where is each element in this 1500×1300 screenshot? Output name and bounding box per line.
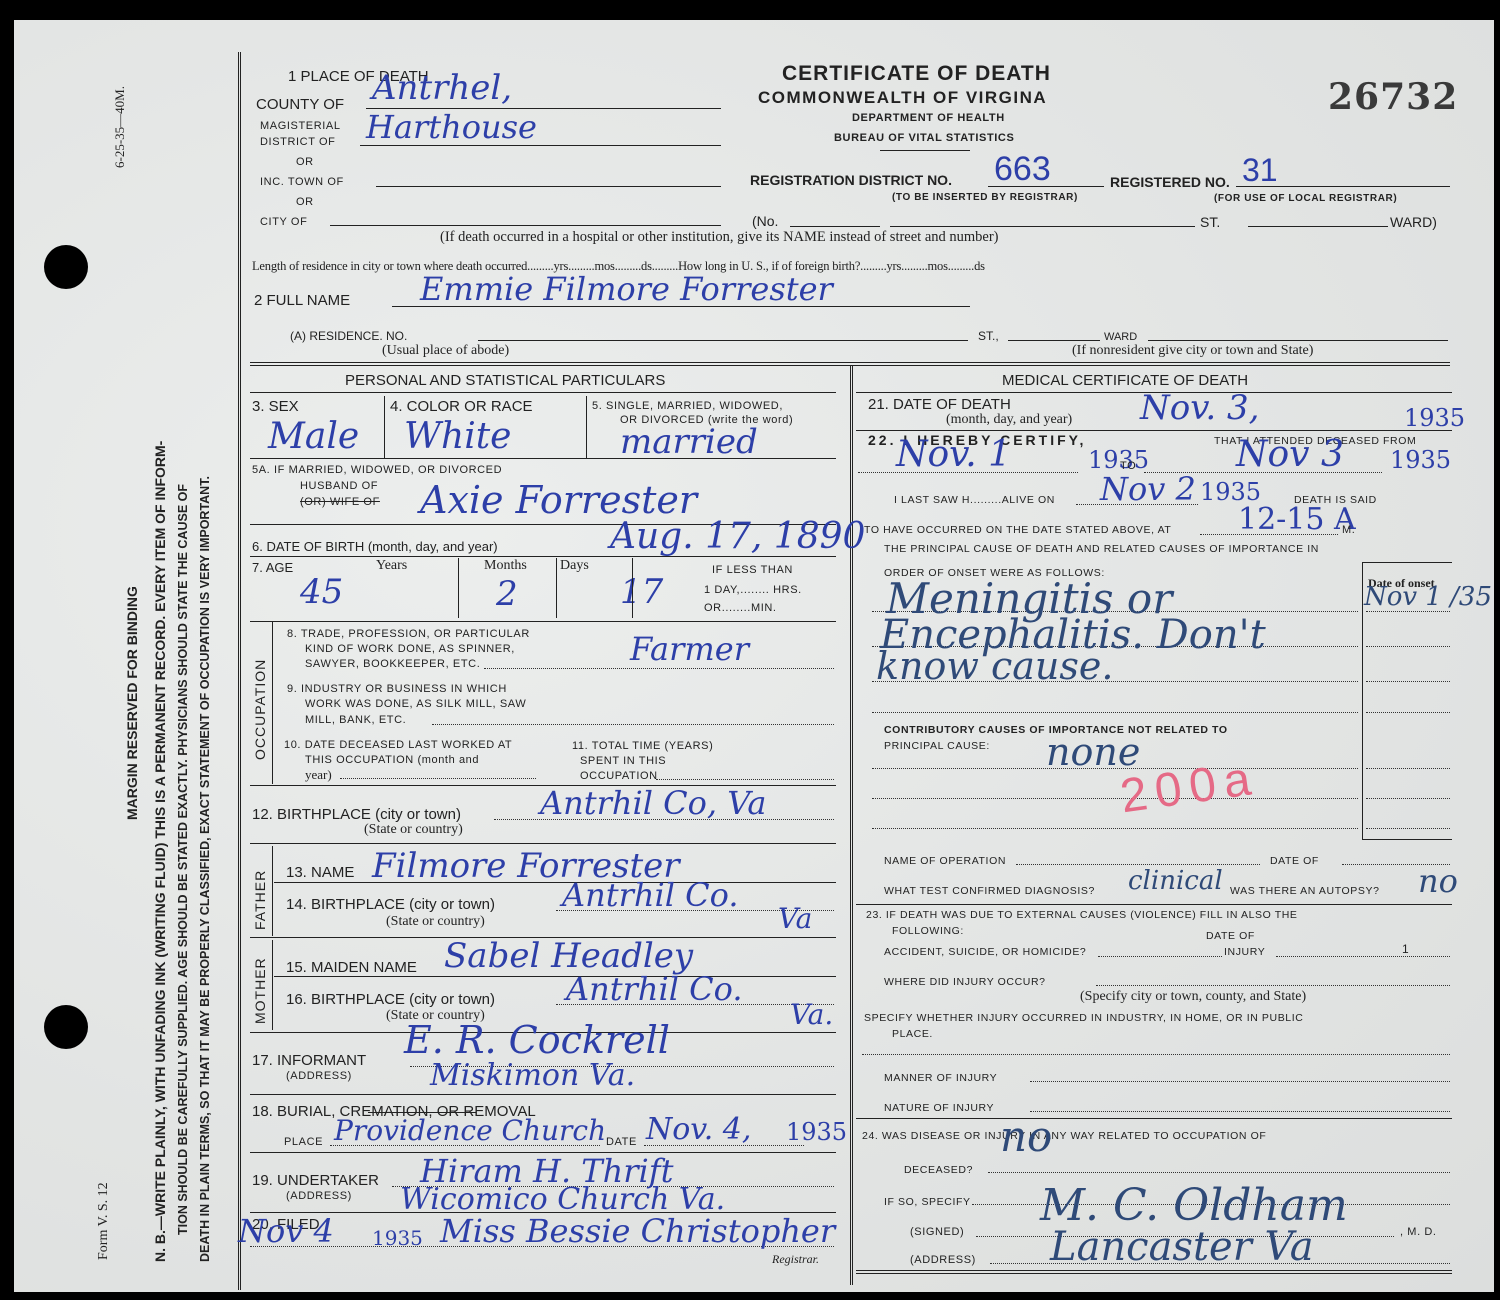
county-value: Antrhel, [372, 68, 512, 108]
years-label: Years [376, 558, 407, 574]
commonwealth-title: COMMONWEALTH OF VIRGINA [758, 88, 1047, 108]
onset-line-6 [1366, 798, 1450, 799]
section-divider [272, 622, 273, 784]
father-birthplace-state: Va [778, 902, 812, 935]
undertaker-label: 19. UNDERTAKER [252, 1172, 379, 1189]
city-label: CITY OF [260, 216, 307, 228]
dod-sub: (month, day, and year) [946, 412, 1072, 428]
where-injury-sub: (Specify city or town, county, and State… [1080, 989, 1306, 1005]
dob-value: Aug. 17, 1890 [610, 516, 865, 557]
registered-label: REGISTERED NO. [1110, 174, 1230, 190]
burial-date-label: DATE [606, 1136, 637, 1148]
md-label: , M. D. [1400, 1226, 1437, 1238]
rule [250, 843, 836, 844]
race-label: 4. COLOR OR RACE [390, 398, 533, 415]
hospital-note: (If death occurred in a hospital or othe… [440, 229, 999, 246]
attended-to-year: 1935 [1390, 446, 1451, 474]
injury-date-line [1276, 956, 1450, 957]
last-saw-value: Nov 2 [1100, 470, 1196, 508]
rule [250, 621, 836, 622]
town-label: INC. TOWN OF [260, 176, 344, 188]
father-section-label: FATHER [252, 870, 268, 930]
registrar-signature: Miss Bessie Christopher [440, 1212, 835, 1250]
rule [250, 458, 836, 459]
months-label: Months [484, 558, 527, 574]
onset-line-4 [1366, 712, 1450, 713]
informant-value: E. R. Cockrell [404, 1018, 670, 1062]
burial-date-value: Nov. 4, [646, 1112, 751, 1147]
ward-label: WARD) [1390, 214, 1437, 230]
rule [250, 392, 836, 393]
contributory-line-3 [872, 828, 1358, 829]
cause-of-death-3: know cause. [876, 644, 1113, 688]
cell-divider [458, 558, 459, 618]
rule [274, 882, 836, 883]
cell-divider [586, 396, 587, 458]
trade-label: 8. TRADE, PROFESSION, OR PARTICULAR [287, 628, 530, 640]
lastwork-line [340, 778, 536, 779]
sex-label: 3. SEX [252, 398, 299, 415]
mother-birthplace-label: 16. BIRTHPLACE (city or town) [286, 991, 495, 1008]
residence-ward-line [1148, 340, 1448, 341]
certificate-title: CERTIFICATE OF DEATH [782, 62, 1051, 86]
abode-note: (Usual place of abode) [382, 343, 509, 359]
spouse-label-3: (OR) WIFE OF [300, 496, 380, 508]
dob-label: 6. DATE OF BIRTH (month, day, and year) [252, 539, 498, 554]
rule [856, 904, 1452, 905]
onset-line-5 [1366, 768, 1450, 769]
street-line [890, 226, 1195, 227]
occupation-related-label-2: DECEASED? [904, 1164, 973, 1176]
operation-date-label: DATE OF [1270, 855, 1319, 867]
lastwork-label-2: THIS OCCUPATION (month and [305, 754, 479, 766]
binding-hole [44, 245, 88, 289]
specify-injury-label: SPECIFY WHETHER INJURY OCCURRED IN INDUS… [864, 1012, 1303, 1024]
days-value: 17 [620, 572, 663, 612]
cause-line-4 [872, 712, 1358, 713]
autopsy-label: WAS THERE AN AUTOPSY? [1230, 885, 1380, 897]
form-left-border [238, 52, 241, 1290]
margin-note-2: TION SHOULD BE CAREFULLY SUPPLIED. AGE S… [176, 484, 190, 1235]
min-label: OR........MIN. [704, 602, 777, 614]
onset-line-2 [1366, 646, 1450, 647]
residence-st-line [1008, 340, 1100, 341]
total-time-label-3: OCCUPATION [580, 770, 658, 782]
margin-note-1: N. B.—WRITE PLAINLY, WITH UNFADING INK (… [152, 441, 168, 1262]
ward-line [1248, 226, 1388, 227]
months-value: 2 [496, 574, 518, 614]
cause-label: THE PRINCIPAL CAUSE OF DEATH AND RELATED… [884, 543, 1319, 555]
informant-address-label: (ADDRESS) [286, 1070, 352, 1082]
attended-from-value: Nov. 1 [896, 434, 1011, 475]
marital-label: 5. SINGLE, MARRIED, WIDOWED, [592, 400, 783, 412]
cell-divider [556, 558, 557, 618]
manner-line [1030, 1081, 1450, 1082]
county-label: COUNTY OF [256, 96, 344, 113]
where-injury-line [1096, 985, 1450, 986]
industry-label-3: MILL, BANK, ETC. [305, 714, 406, 726]
occupation-related-line [988, 1172, 1450, 1173]
form-code: 6-25-35—40M. [112, 86, 128, 168]
total-time-label: 11. TOTAL TIME (YEARS) [572, 740, 713, 752]
cremation-strikethrough [368, 1112, 476, 1113]
less-than-label: IF LESS THAN [712, 564, 793, 576]
residence-label: (A) RESIDENCE. NO. [290, 329, 407, 343]
onset-line-7 [1366, 828, 1450, 829]
test-value: clinical [1128, 866, 1223, 896]
reg-district-note: (TO BE INSERTED BY REGISTRAR) [892, 192, 1078, 203]
city-line [330, 225, 721, 226]
residence-st-label: ST., [978, 329, 999, 343]
medical-section-title: MEDICAL CERTIFICATE OF DEATH [1002, 372, 1248, 389]
father-birthplace-sub: (State or country) [386, 914, 485, 930]
mother-section-label: MOTHER [252, 957, 268, 1024]
trade-line [484, 668, 834, 669]
accident-label: ACCIDENT, SUICIDE, OR HOMICIDE? [884, 946, 1086, 958]
residence-ward-label: WARD [1104, 331, 1137, 343]
time-of-death-value: 12-15 A [1238, 502, 1356, 537]
total-time-line [656, 779, 834, 780]
or-label: OR [296, 156, 314, 168]
physician-address-label: (ADDRESS) [910, 1254, 976, 1266]
occurred-at-label: TO HAVE OCCURRED ON THE DATE STATED ABOV… [864, 524, 1171, 536]
dod-value: Nov. 3, [1140, 388, 1259, 428]
occupation-related-value: no [1000, 1112, 1052, 1161]
operation-line [1016, 864, 1260, 865]
personal-section-title: PERSONAL AND STATISTICAL PARTICULARS [345, 372, 665, 389]
burial-year-value: 1935 [786, 1118, 847, 1146]
meridiem-label: M. [1342, 524, 1355, 536]
certificate-page [14, 20, 1494, 1292]
certificate-number: 26732 [1328, 76, 1458, 118]
marital-value: married [620, 422, 758, 462]
lastwork-label: 10. DATE DECEASED LAST WORKED AT [284, 739, 512, 751]
spouse-label: 5A. IF MARRIED, WIDOWED, OR DIVORCED [252, 464, 502, 476]
registered-value: 31 [1242, 152, 1278, 189]
contributory-label-2: PRINCIPAL CAUSE: [884, 740, 990, 752]
binding-hole [44, 1005, 88, 1049]
trade-label-3: SAWYER, BOOKKEEPER, ETC. [305, 658, 480, 670]
section-divider [272, 846, 273, 936]
external-causes-label: 23. IF DEATH WAS DUE TO EXTERNAL CAUSES … [866, 909, 1298, 921]
cell-divider [384, 396, 385, 458]
sex-value: Male [268, 416, 359, 457]
onset-line-3 [1366, 681, 1450, 682]
occupation-section-label: OCCUPATION [252, 659, 268, 760]
test-label: WHAT TEST CONFIRMED DIAGNOSIS? [884, 885, 1095, 897]
rule [856, 1118, 1452, 1119]
trade-label-2: KIND OF WORK DONE, AS SPINNER, [305, 643, 515, 655]
specify-injury-label-2: PLACE. [892, 1028, 933, 1040]
trade-value: Farmer [630, 630, 749, 668]
informant-address-value: Miskimon Va. [430, 1058, 635, 1093]
where-injury-label: WHERE DID INJURY OCCUR? [884, 976, 1046, 988]
registered-note: (FOR USE OF LOCAL REGISTRAR) [1214, 193, 1397, 204]
burial-place-label: PLACE [284, 1136, 323, 1148]
birthplace-value: Antrhil Co, Va [540, 784, 766, 822]
injury-date-label: DATE OF [1206, 930, 1255, 942]
years-value: 45 [300, 572, 343, 612]
father-birthplace-value: Antrhil Co. [562, 876, 738, 914]
onset-line-1 [1366, 611, 1450, 612]
full-name-value: Emmie Filmore Forrester [420, 270, 833, 308]
contributory-line-2 [872, 798, 1358, 799]
rule [856, 430, 1452, 431]
industry-label: 9. INDUSTRY OR BUSINESS IN WHICH [287, 683, 507, 695]
column-divider [850, 365, 853, 1285]
district-label-2: DISTRICT OF [260, 136, 335, 148]
mother-name-label: 15. MAIDEN NAME [286, 959, 417, 976]
specify-injury-line [862, 1054, 1450, 1055]
full-name-label: 2 FULL NAME [254, 292, 350, 309]
registrar-label: Registrar. [772, 1252, 819, 1267]
spouse-label-2: HUSBAND OF [300, 480, 378, 492]
department-label: DEPARTMENT OF HEALTH [852, 112, 1005, 124]
birthplace-sub: (State or country) [364, 822, 463, 838]
rule [250, 556, 836, 557]
injury-date-mark: 1 [1402, 942, 1409, 956]
birthplace-label: 12. BIRTHPLACE (city or town) [252, 806, 461, 823]
attended-to-value: Nov 3 [1236, 434, 1344, 475]
accident-line [1098, 956, 1222, 957]
rule [250, 1094, 836, 1095]
physician-address-value: Lancaster Va [1050, 1224, 1314, 1270]
street-no-label: (No. [752, 213, 778, 229]
filed-date-value: Nov 4 [238, 1212, 334, 1250]
town-line [376, 186, 721, 187]
mother-birthplace-state: Va. [790, 998, 833, 1031]
total-time-label-2: SPENT IN THIS [580, 755, 666, 767]
section-divider [272, 940, 273, 1030]
manner-label: MANNER OF INJURY [884, 1072, 997, 1084]
bottom-rule [856, 1270, 1452, 1274]
signed-label: (SIGNED) [910, 1226, 964, 1238]
cell-divider [632, 558, 633, 618]
dod-year-value: 1935 [1404, 404, 1465, 432]
days-label: Days [560, 558, 589, 574]
street-label: ST. [1200, 214, 1220, 230]
nonresident-note: (If nonresident give city or town and St… [1072, 343, 1313, 359]
rule [274, 976, 836, 977]
filed-year-value: 1935 [372, 1226, 423, 1250]
operation-label: NAME OF OPERATION [884, 855, 1006, 867]
date-of-onset-value: Nov 1 /35 [1364, 582, 1492, 612]
reg-district-value: 663 [994, 150, 1051, 189]
or-label-2: OR [296, 196, 314, 208]
district-label: MAGISTERIAL [260, 120, 341, 132]
last-saw-label: I LAST SAW H.........ALIVE ON [894, 494, 1055, 506]
father-birthplace-label: 14. BIRTHPLACE (city or town) [286, 896, 495, 913]
external-causes-label-2: FOLLOWING: [892, 925, 964, 937]
occupation-related-label: 24. WAS DISEASE OR INJURY IN ANY WAY REL… [862, 1130, 1266, 1142]
injury-label: INJURY [1224, 946, 1265, 958]
lastwork-label-3: year) [305, 767, 332, 783]
hrs-label: 1 DAY,........ HRS. [704, 584, 802, 596]
reg-district-label: REGISTRATION DISTRICT NO. [750, 172, 952, 188]
district-value: Harthouse [366, 108, 537, 146]
race-value: White [404, 416, 511, 457]
father-name-label: 13. NAME [286, 864, 354, 881]
nature-label: NATURE OF INJURY [884, 1102, 994, 1114]
industry-line [432, 724, 834, 725]
binding-note: MARGIN RESERVED FOR BINDING [124, 586, 140, 820]
mother-birthplace-value: Antrhil Co. [566, 970, 742, 1008]
dod-label: 21. DATE OF DEATH [868, 396, 1011, 413]
header-rule [880, 150, 970, 151]
industry-label-2: WORK WAS DONE, AS SILK MILL, SAW [305, 698, 526, 710]
informant-label: 17. INFORMANT [252, 1052, 366, 1069]
bureau-label: BUREAU OF VITAL STATISTICS [834, 132, 1014, 144]
autopsy-value: no [1418, 862, 1458, 900]
if-so-label: IF SO, SPECIFY [884, 1196, 971, 1208]
residence-line [478, 340, 968, 341]
street-no-line [790, 226, 880, 227]
nature-line [1030, 1111, 1450, 1112]
contributory-value: none [1046, 730, 1140, 774]
margin-note-3: DEATH IN PLAIN TERMS, SO THAT IT MAY BE … [198, 476, 212, 1262]
burial-place-value: Providence Church [334, 1114, 606, 1147]
age-label: 7. AGE [252, 560, 293, 575]
form-id: Form V. S. 12 [96, 1182, 112, 1260]
undertaker-address-label: (ADDRESS) [286, 1190, 352, 1202]
